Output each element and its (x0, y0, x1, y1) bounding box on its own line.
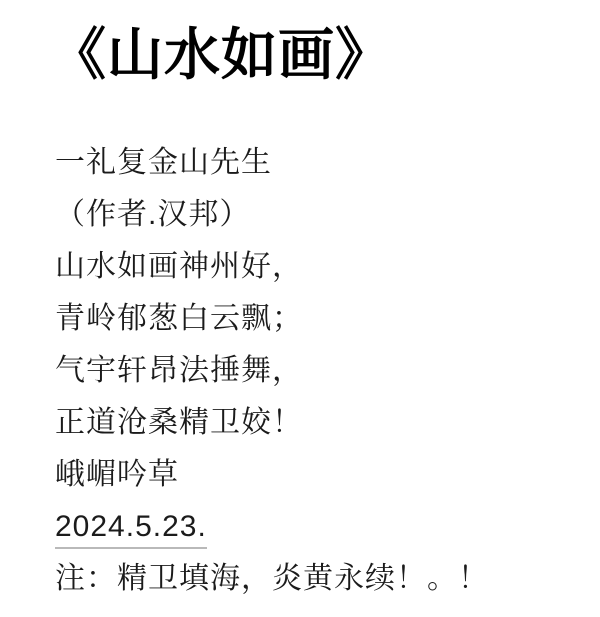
poem-verse-line-2: 青岭郁葱白云飘； (55, 293, 600, 345)
poem-verse-line-4: 正道沧桑精卫姣！ (55, 397, 600, 449)
poem-dedication-line: 一礼复金山先生 (55, 137, 600, 189)
poem-signature-line: 峨嵋吟草 (55, 449, 600, 501)
poem-verse-line-1: 山水如画神州好， (55, 241, 600, 293)
poem-verse-line-3: 气宇轩昂法捶舞， (55, 345, 600, 397)
poem-page: 《山水如画》 一礼复金山先生 （作者.汉邦） 山水如画神州好， 青岭郁葱白云飘；… (0, 0, 600, 617)
poem-date-line: 2024.5.23. (55, 501, 600, 553)
poem-date-link[interactable]: 2024.5.23. (55, 508, 207, 549)
poem-note-line: 注：精卫填海，炎黄永续！。！ (55, 553, 600, 605)
poem-title: 《山水如画》 (50, 14, 600, 96)
poem-body: 一礼复金山先生 （作者.汉邦） 山水如画神州好， 青岭郁葱白云飘； 气宇轩昂法捶… (55, 137, 600, 605)
poem-author-line: （作者.汉邦） (55, 189, 600, 241)
